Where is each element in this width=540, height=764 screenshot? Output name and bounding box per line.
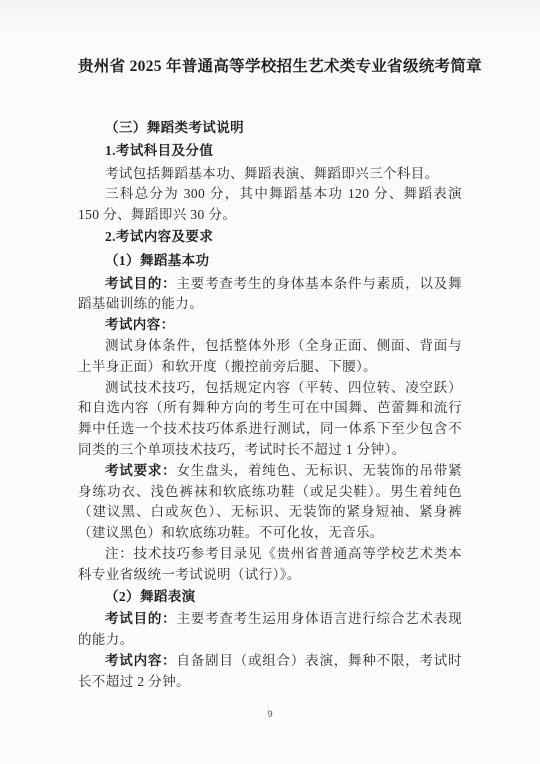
item-heading: （1）舞蹈基本功 <box>78 250 462 274</box>
paragraph-lead: 考试内容： <box>105 653 176 668</box>
section-heading: （三）舞蹈类考试说明 <box>78 116 462 140</box>
doc-title: 贵州省 2025 年普通高等学校招生艺术类专业省级统考简章 <box>78 56 462 78</box>
paragraph-lead: 考试目的： <box>105 611 176 626</box>
paragraph-lead: 考试内容： <box>105 317 175 332</box>
note-paragraph: 注：技术技巧参考目录见《贵州省普通高等学校艺术类本科专业省级统一考试说明（试行）… <box>78 544 462 586</box>
body-paragraph: 考试内容：自备剧目（或组合）表演，舞种不限，考试时长不超过 2 分钟。 <box>78 651 462 693</box>
page-number: 9 <box>0 709 540 720</box>
paragraph-lead: 考试目的： <box>105 276 176 291</box>
body-paragraph: 测试身体条件，包括整体外形（全身正面、侧面、背面与上半身正面）和软开度（搬控前旁… <box>78 336 462 378</box>
body-paragraph: 考试包括舞蹈基本功、舞蹈表演、舞蹈即兴三个科目。 <box>78 164 462 185</box>
sub-heading: 2.考试内容及要求 <box>78 226 462 250</box>
item-heading: （2）舞蹈表演 <box>78 586 462 610</box>
document-body: （三）舞蹈类考试说明 1.考试科目及分值 考试包括舞蹈基本功、舞蹈表演、舞蹈即兴… <box>78 116 462 693</box>
body-paragraph: 考试目的：主要考查考生的身体基本条件与素质，以及舞蹈基础训练的能力。 <box>78 274 462 316</box>
body-paragraph: 考试内容： <box>78 315 462 336</box>
body-paragraph: 测试技术技巧，包括规定内容（平转、四位转、凌空跃）和自选内容（所有舞种方向的考生… <box>78 378 462 461</box>
body-paragraph: 考试目的：主要考查考生运用身体语言进行综合艺术表现的能力。 <box>78 609 462 651</box>
body-paragraph: 考试要求：女生盘头，着纯色、无标识、无装饰的吊带紧身练功衣、浅色裤袜和软底练功鞋… <box>78 461 462 544</box>
sub-heading: 1.考试科目及分值 <box>78 140 462 164</box>
body-paragraph: 三科总分为 300 分，其中舞蹈基本功 120 分、舞蹈表演 150 分、舞蹈即… <box>78 184 462 226</box>
document-page: 贵州省 2025 年普通高等学校招生艺术类专业省级统考简章 （三）舞蹈类考试说明… <box>0 0 540 764</box>
paragraph-lead: 考试要求： <box>105 463 176 478</box>
